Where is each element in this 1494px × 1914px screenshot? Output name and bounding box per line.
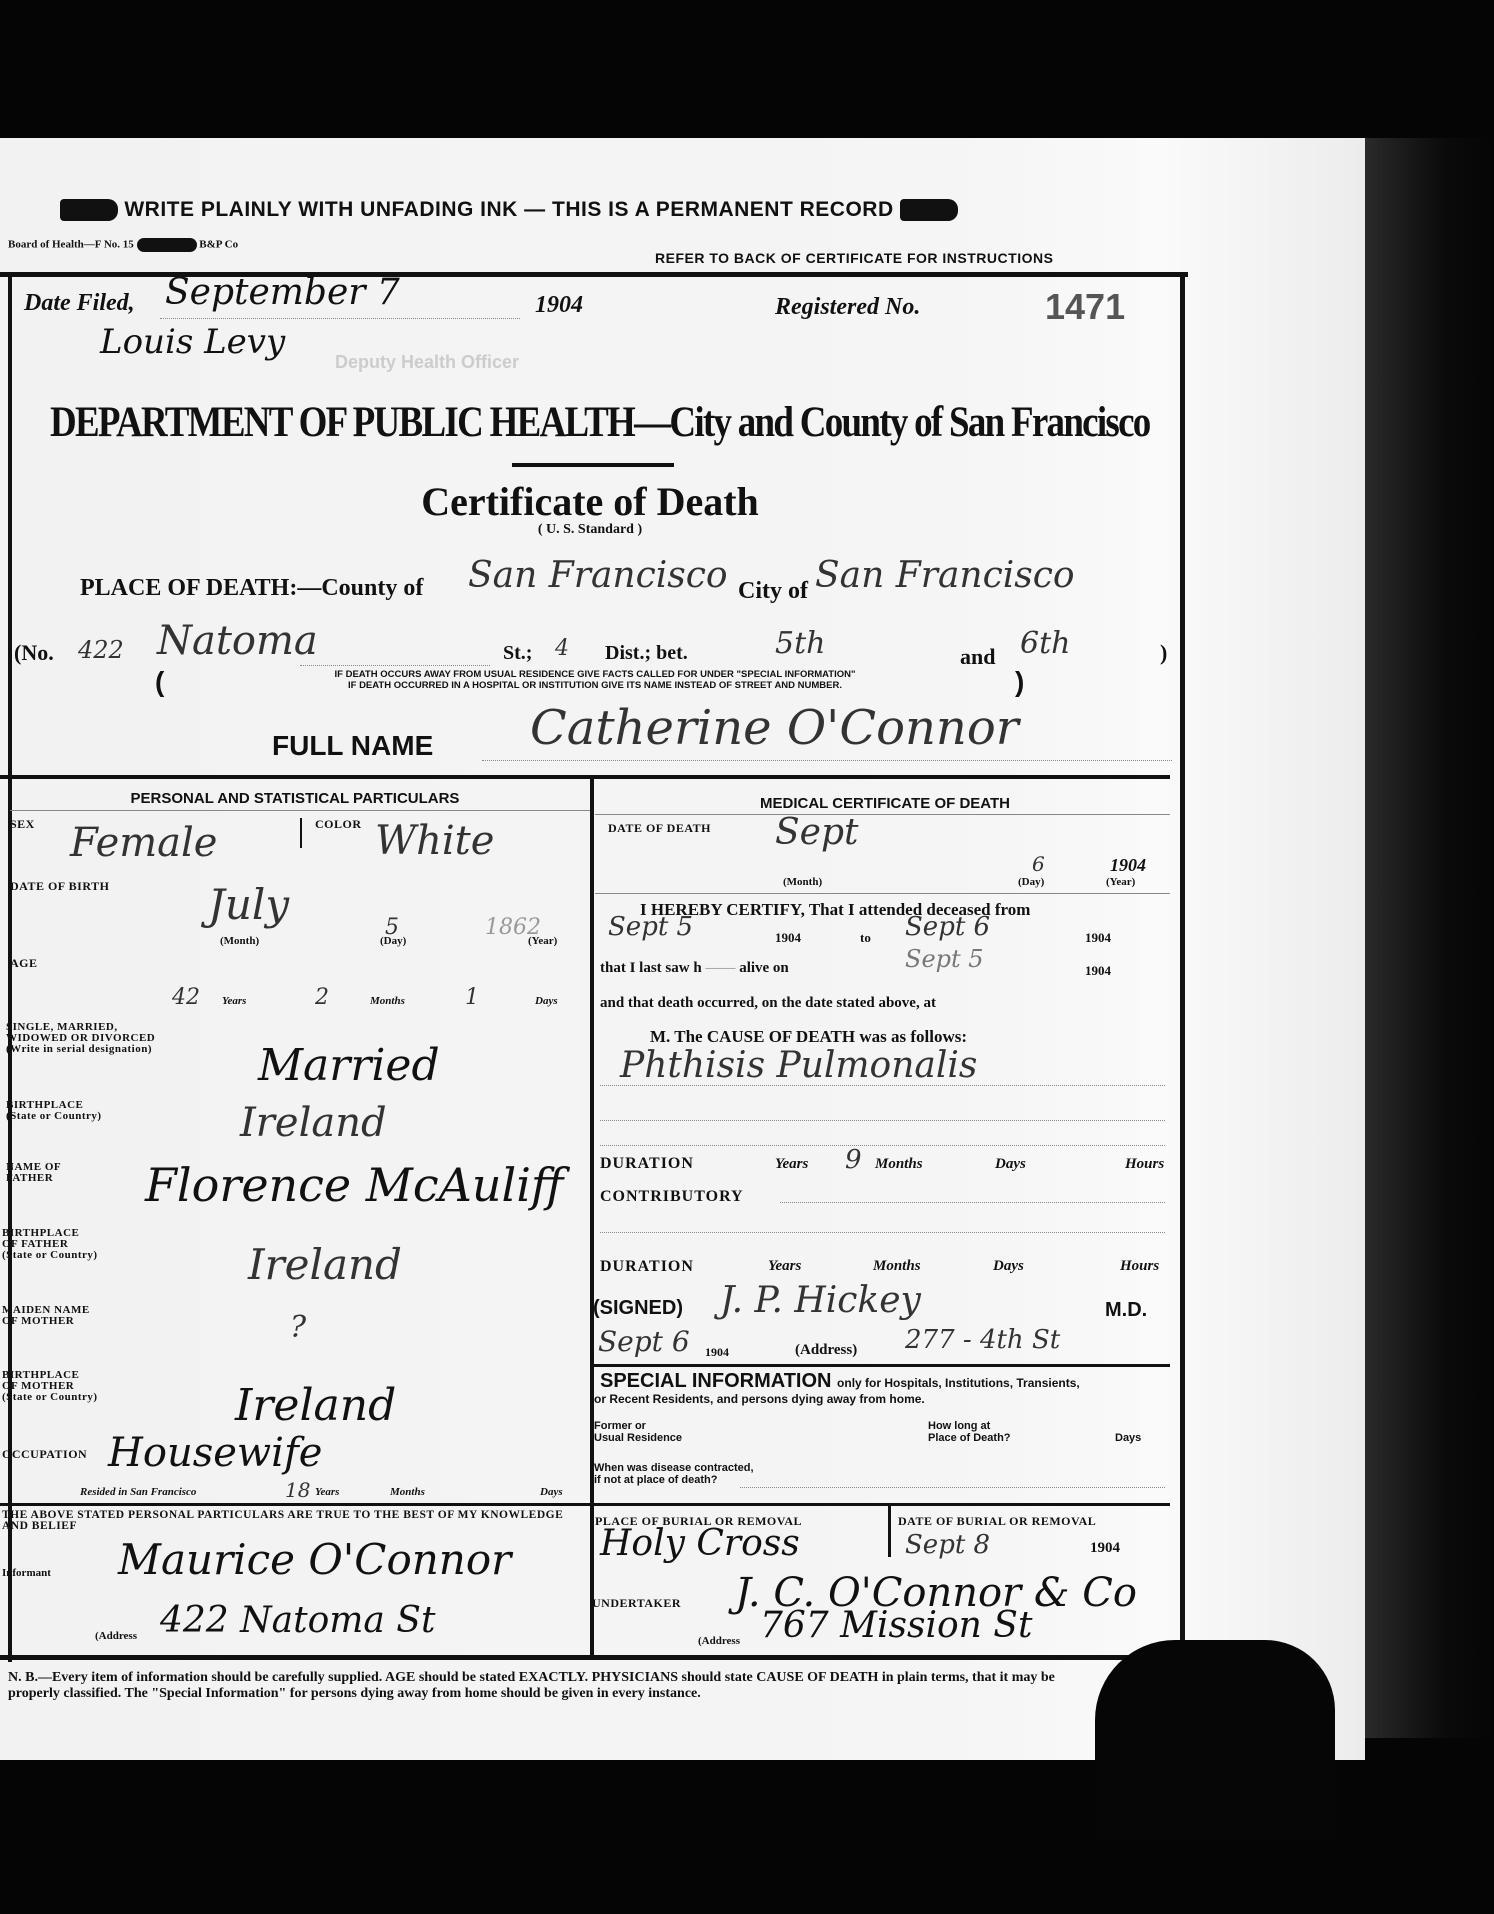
department-title: DEPARTMENT OF PUBLIC HEALTH—City and Cou… bbox=[50, 398, 1150, 447]
dod-label: DATE OF DEATH bbox=[608, 822, 711, 834]
burial-date-label: DATE of BURIAL or REMOVAL bbox=[898, 1515, 1096, 1527]
street-name: Natoma bbox=[157, 618, 318, 664]
pointing-hand-icon bbox=[900, 199, 958, 221]
date-filed-label: Date Filed, bbox=[24, 290, 135, 317]
duration-label: DURATION bbox=[600, 1155, 694, 1173]
county-value: San Francisco bbox=[468, 555, 728, 596]
between-street-2: 6th bbox=[1020, 626, 1070, 661]
attended-to: Sept 6 bbox=[905, 912, 990, 942]
registered-label: Registered No. bbox=[775, 294, 920, 321]
attended-from: Sept 5 bbox=[608, 912, 693, 942]
undertaker-address: 767 Mission St bbox=[760, 1605, 1032, 1646]
mother-birthplace-label: BIRTHPLACE OF MOTHER (State or Country) bbox=[2, 1370, 98, 1403]
column-divider bbox=[590, 778, 594, 1658]
form-id: Board of Health—F No. 15 B&P Co bbox=[8, 238, 238, 252]
and-label: and bbox=[960, 644, 995, 670]
special-heading-line2: or Recent Residents, and persons dying a… bbox=[594, 1392, 925, 1406]
scanner-thumb-shadow bbox=[1095, 1640, 1335, 1840]
dod-year: 1904 bbox=[1110, 855, 1146, 876]
cause-text: M. The CAUSE OF DEATH was as follows: bbox=[650, 1027, 967, 1047]
birthplace-value: Ireland bbox=[240, 1100, 387, 1146]
physician-address: 277 - 4th St bbox=[905, 1325, 1060, 1355]
last-saw-text: that I last saw h —— alive on bbox=[600, 960, 789, 977]
date-filed-value: September 7 bbox=[165, 272, 400, 313]
st-label: St.; bbox=[503, 642, 532, 665]
father-label: NAME OF FATHER bbox=[6, 1162, 61, 1184]
banner: WRITE PLAINLY WITH UNFADING INK — THIS I… bbox=[60, 198, 1140, 222]
section-divider bbox=[0, 775, 1170, 779]
age-days: 1 bbox=[465, 985, 479, 1010]
contracted-label: When was disease contracted, if not at p… bbox=[594, 1462, 754, 1486]
pointing-hand-icon bbox=[60, 199, 118, 221]
frame-bottom bbox=[0, 1655, 1160, 1660]
informant-address-label: (Address bbox=[95, 1630, 137, 1642]
full-name-label: FULL NAME bbox=[272, 730, 433, 762]
mother-label: MAIDEN NAME OF MOTHER bbox=[2, 1305, 90, 1327]
father-birthplace-value: Ireland bbox=[248, 1240, 402, 1289]
age-months: 2 bbox=[315, 985, 329, 1010]
full-name-value: Catherine O'Connor bbox=[530, 700, 1019, 756]
city-value: San Francisco bbox=[815, 555, 1075, 596]
attestation: THE ABOVE STATED PERSONAL PARTICULARS AR… bbox=[2, 1510, 582, 1532]
union-label-icon bbox=[137, 238, 197, 252]
certificate-title: Certificate of Death bbox=[0, 478, 1180, 525]
officer-signature: Louis Levy bbox=[100, 322, 285, 362]
frame-right bbox=[1180, 272, 1185, 1662]
last-saw-value: Sept 5 bbox=[905, 945, 984, 973]
cause-value: Phthisis Pulmonalis bbox=[620, 1045, 977, 1086]
informant-address: 422 Natoma St bbox=[160, 1600, 435, 1641]
occupation-value: Housewife bbox=[108, 1430, 322, 1476]
sex-value: Female bbox=[70, 820, 217, 866]
refer-instructions: REFER TO BACK OF CERTIFICATE FOR INSTRUC… bbox=[655, 250, 1053, 266]
between-street-1: 5th bbox=[775, 626, 825, 661]
occurred-text: and that death occurred, on the date sta… bbox=[600, 995, 936, 1012]
undertaker-address-label: (Address bbox=[698, 1635, 740, 1647]
duration2-label: DURATION bbox=[600, 1258, 694, 1276]
footer-note: N. B.—Every item of information should b… bbox=[8, 1670, 1068, 1702]
informant-label: Informant bbox=[2, 1567, 51, 1579]
signed-label: (SIGNED) bbox=[593, 1297, 683, 1320]
district-value: 4 bbox=[555, 636, 569, 661]
dod-day: 6 bbox=[1032, 852, 1045, 876]
personal-heading: PERSONAL AND STATISTICAL PARTICULARS bbox=[0, 790, 590, 807]
birthplace-label: BIRTHPLACE (State or Country) bbox=[6, 1100, 102, 1122]
medical-heading: MEDICAL CERTIFICATE OF DEATH bbox=[595, 795, 1175, 812]
age-years: 42 bbox=[172, 985, 200, 1010]
color-value: White bbox=[375, 818, 494, 864]
father-birthplace-label: BIRTHPLACE OF FATHER (State or Country) bbox=[2, 1228, 98, 1261]
how-long-label: How long at Place of Death? bbox=[928, 1420, 1011, 1444]
number-label: (No. bbox=[14, 640, 54, 666]
banner-text: WRITE PLAINLY WITH UNFADING INK — THIS I… bbox=[124, 198, 893, 221]
special-heading: SPECIAL INFORMATION only for Hospitals, … bbox=[600, 1370, 1080, 1393]
duration-months: 9 bbox=[845, 1145, 862, 1175]
registered-number: 1471 bbox=[1045, 286, 1125, 328]
city-label: City of bbox=[738, 578, 808, 605]
place-of-death-label: PLACE OF DEATH:—County of bbox=[80, 575, 423, 602]
sex-label: SEX bbox=[10, 818, 35, 830]
dob-month: July bbox=[208, 880, 289, 929]
dist-label: Dist.; bet. bbox=[605, 642, 688, 665]
age-label: AGE bbox=[10, 957, 38, 969]
title-divider bbox=[512, 463, 674, 467]
informant-value: Maurice O'Connor bbox=[118, 1535, 511, 1584]
contributory-label: CONTRIBUTORY bbox=[600, 1188, 744, 1206]
residence-note: IF DEATH OCCURS AWAY FROM USUAL RESIDENC… bbox=[175, 669, 1015, 691]
occupation-label: OCCUPATION bbox=[2, 1448, 87, 1460]
father-value: Florence McAuliff bbox=[145, 1158, 564, 1212]
us-standard: ( U. S. Standard ) bbox=[0, 522, 1180, 538]
md-label: M.D. bbox=[1105, 1299, 1147, 1322]
marital-value: Married bbox=[258, 1040, 440, 1091]
street-number: 422 bbox=[78, 636, 124, 664]
undertaker-label: UNDERTAKER bbox=[592, 1597, 681, 1609]
dod-month: Sept bbox=[775, 812, 858, 853]
date-filed-year: 1904 bbox=[535, 292, 583, 319]
burial-date-value: Sept 8 bbox=[905, 1530, 990, 1560]
resided-label: Resided in San Francisco bbox=[80, 1486, 196, 1498]
physician-signature: J. P. Hickey bbox=[720, 1280, 921, 1321]
mother-birthplace-value: Ireland bbox=[235, 1380, 396, 1431]
burial-place-value: Holy Cross bbox=[600, 1523, 800, 1564]
scan-shadow-edge bbox=[1365, 138, 1494, 1738]
marital-label: SINGLE, MARRIED, WIDOWED OR DIVORCED (Wr… bbox=[6, 1022, 155, 1055]
signed-date: Sept 6 bbox=[598, 1325, 690, 1358]
dob-label: DATE OF BIRTH bbox=[10, 880, 109, 892]
color-label: COLOR bbox=[315, 818, 362, 830]
officer-title: Deputy Health Officer bbox=[335, 352, 519, 373]
mother-value: ? bbox=[290, 1310, 306, 1345]
resided-years: 18 bbox=[285, 1478, 310, 1502]
former-residence-label: Former or Usual Residence bbox=[594, 1420, 682, 1444]
